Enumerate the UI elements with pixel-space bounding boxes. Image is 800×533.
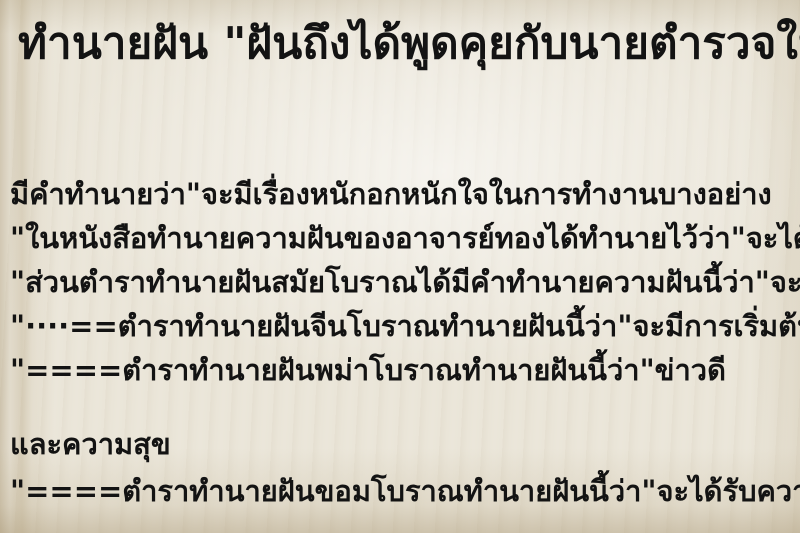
page-title: ทำนายฝัน "ฝันถึงได้พูดคุยกับนายตำรวจใน bbox=[18, 8, 800, 80]
body-line: "····==ตำราทำนายฝันจีนโบราณทำนายฝันนี้ว่… bbox=[10, 304, 800, 348]
body-line: และความสุข bbox=[10, 422, 800, 466]
body-line: "====ตำราทำนายฝันพม่าโบราณทำนายฝันนี้ว่า… bbox=[10, 348, 800, 392]
dream-interpretation-card: ทำนายฝัน "ฝันถึงได้พูดคุยกับนายตำรวจใน ม… bbox=[0, 0, 800, 533]
body-line: มีคำทำนายว่า"จะมีเรื่องหนักอกหนักใจในการ… bbox=[10, 172, 800, 216]
body-line: "ส่วนตำราทำนายฝันสมัยโบราณได้มีคำทำนายคว… bbox=[10, 260, 800, 304]
body-line: "ในหนังสือทำนายความฝันของอาจารย์ทองได้ทำ… bbox=[10, 216, 800, 260]
body-line: "====ตำราทำนายฝันขอมโบราณทำนายฝันนี้ว่า"… bbox=[10, 469, 800, 513]
body-text: มีคำทำนายว่า"จะมีเรื่องหนักอกหนักใจในการ… bbox=[10, 172, 800, 513]
